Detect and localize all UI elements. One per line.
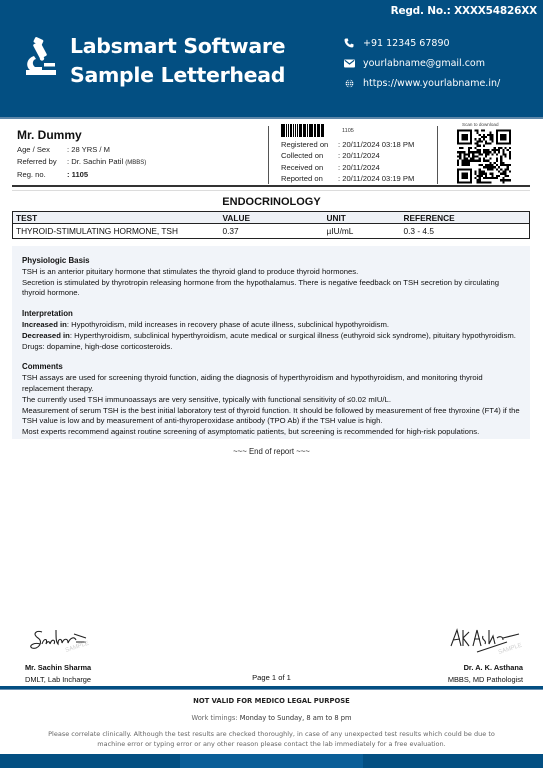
increased-text: : Hypothyroidism, mild increases in reco… xyxy=(67,320,389,329)
signatory-title: MBBS, MD Pathologist xyxy=(448,674,523,686)
field-value: : 20/11/2024 xyxy=(338,150,380,161)
registration-number: Regd. No.: XXXX54826XX xyxy=(391,5,537,17)
decreased-text: : Hyperthyroidism, subclinical hyperthyr… xyxy=(70,331,516,340)
contact-phone: +91 12345 67890 xyxy=(343,33,500,53)
note-line: TSH assays are used for screening thyroi… xyxy=(22,373,520,395)
field-label: Collected on xyxy=(281,150,338,161)
contact-info: +91 12345 67890 yourlabname@gmail.com ht… xyxy=(343,33,500,93)
contact-email: yourlabname@gmail.com xyxy=(343,53,500,73)
decreased-label: Decreased in xyxy=(22,331,70,340)
referrer-name: : Dr. Sachin Patil xyxy=(67,157,123,166)
header-divider xyxy=(0,117,543,119)
results-table: TEST VALUE UNIT REFERENCE THYROID-STIMUL… xyxy=(12,211,530,239)
footer-bar-accent xyxy=(180,754,363,768)
column-header-unit: UNIT xyxy=(324,212,401,224)
globe-icon xyxy=(343,77,355,89)
field-value: : 1105 xyxy=(67,169,88,181)
test-value: 0.37 xyxy=(220,224,324,239)
sample-barcode xyxy=(281,124,324,137)
comments-section: Comments TSH assays are used for screeni… xyxy=(22,362,520,438)
barcode-number: 1105 xyxy=(342,128,354,134)
timings-value: Monday to Sunday, 8 am to 8 pm xyxy=(240,714,352,722)
letterhead-header: Regd. No.: XXXX54826XX Labsmart Software… xyxy=(0,0,543,118)
patient-divider xyxy=(12,185,530,187)
end-of-report: ~~~ End of report ~~~ xyxy=(0,447,543,456)
note-line: Measurement of serum TSH is the best ini… xyxy=(22,406,520,428)
brand-line-2: Sample Letterhead xyxy=(70,61,285,90)
patient-name: Mr. Dummy xyxy=(17,128,146,142)
registered-on: Registered on : 20/11/2024 03:18 PM xyxy=(281,139,414,150)
mail-icon xyxy=(343,57,355,69)
disclaimer: Please correlate clinically. Although th… xyxy=(40,729,503,749)
note-line: Most experts recommend against routine s… xyxy=(22,427,520,438)
test-name: THYROID-STIMULATING HORMONE, TSH xyxy=(13,224,220,239)
field-value: : 28 YRS / M xyxy=(67,144,110,156)
website-link[interactable]: https://www.yourlabname.in/ xyxy=(363,78,500,89)
signature-right-icon: SAMPLE xyxy=(447,624,527,656)
increased-in: Increased in: Hypothyroidism, mild incre… xyxy=(22,320,520,331)
field-value: : Dr. Sachin Patil (MBBS) xyxy=(67,156,146,170)
section-divider xyxy=(12,190,530,191)
divider xyxy=(268,126,269,184)
column-header-test: TEST xyxy=(13,212,220,224)
field-value: : 20/11/2024 03:19 PM xyxy=(338,173,414,184)
patient-info: Mr. Dummy Age / Sex : 28 YRS / M Referre… xyxy=(17,128,146,181)
microscope-icon xyxy=(24,37,58,77)
table-header-row: TEST VALUE UNIT REFERENCE xyxy=(13,212,530,224)
sample-watermark: SAMPLE xyxy=(498,643,523,656)
interpretation-section: Interpretation Increased in: Hypothyroid… xyxy=(22,309,520,352)
qr-label: Scan to download xyxy=(462,122,499,127)
field-value: : 20/11/2024 xyxy=(338,162,380,173)
field-label: Age / Sex xyxy=(17,144,67,156)
qr-code-icon[interactable] xyxy=(457,129,511,184)
brand-line-1: Labsmart Software xyxy=(70,32,285,61)
test-unit: µIU/mL xyxy=(324,224,401,239)
contact-website: https://www.yourlabname.in/ xyxy=(343,73,500,93)
reported-on: Reported on : 20/11/2024 03:19 PM xyxy=(281,173,414,184)
phone-icon xyxy=(343,37,355,49)
referrer-degree: (MBBS) xyxy=(125,160,146,166)
work-timings: Work timings: Monday to Sunday, 8 am to … xyxy=(0,714,543,722)
test-reference: 0.3 - 4.5 xyxy=(401,224,530,239)
note-line: Secretion is stimulated by thyrotropin r… xyxy=(22,278,520,300)
footer-bar xyxy=(0,754,543,768)
signature-left-icon: SAMPLE xyxy=(28,624,108,656)
drugs-note: Drugs: dopamine, high-dose corticosteroi… xyxy=(22,342,520,353)
increased-label: Increased in xyxy=(22,320,67,329)
field-label: Reg. no. xyxy=(17,169,67,181)
email-address[interactable]: yourlabname@gmail.com xyxy=(363,58,485,69)
column-header-reference: REFERENCE xyxy=(401,212,530,224)
field-label: Referred by xyxy=(17,156,67,170)
sample-dates: Registered on : 20/11/2024 03:18 PM Coll… xyxy=(281,139,414,184)
received-on: Received on : 20/11/2024 xyxy=(281,162,414,173)
section-title: Comments xyxy=(22,362,520,373)
note-line: TSH is an anterior pituitary hormone tha… xyxy=(22,267,520,278)
field-label: Reported on xyxy=(281,173,338,184)
lab-name: Labsmart Software Sample Letterhead xyxy=(70,32,285,90)
physiologic-basis-section: Physiologic Basis TSH is an anterior pit… xyxy=(22,256,520,299)
note-line: The currently used TSH immunoassays are … xyxy=(22,395,520,406)
patient-age-sex: Age / Sex : 28 YRS / M xyxy=(17,144,146,156)
divider xyxy=(437,126,438,184)
signatory-right: Dr. A. K. Asthana MBBS, MD Pathologist xyxy=(448,662,523,686)
signatory-name: Dr. A. K. Asthana xyxy=(448,662,523,674)
footer-divider-accent xyxy=(0,689,543,690)
section-title: Interpretation xyxy=(22,309,520,320)
field-label: Received on xyxy=(281,162,338,173)
field-value: : 20/11/2024 03:18 PM xyxy=(338,139,414,150)
timings-label: Work timings: xyxy=(191,714,239,722)
patient-reg-no: Reg. no. : 1105 xyxy=(17,169,146,181)
field-label: Registered on xyxy=(281,139,338,150)
section-title: Physiologic Basis xyxy=(22,256,520,267)
legal-notice: NOT VALID FOR MEDICO LEGAL PURPOSE xyxy=(0,697,543,705)
patient-referred-by: Referred by : Dr. Sachin Patil (MBBS) xyxy=(17,156,146,170)
column-header-value: VALUE xyxy=(220,212,324,224)
phone-number[interactable]: +91 12345 67890 xyxy=(363,38,450,49)
collected-on: Collected on : 20/11/2024 xyxy=(281,150,414,161)
test-notes: Physiologic Basis TSH is an anterior pit… xyxy=(12,246,530,439)
department-title: ENDOCRINOLOGY xyxy=(0,196,543,208)
table-row: THYROID-STIMULATING HORMONE, TSH 0.37 µI… xyxy=(13,224,530,239)
decreased-in: Decreased in: Hyperthyroidism, subclinic… xyxy=(22,331,520,342)
